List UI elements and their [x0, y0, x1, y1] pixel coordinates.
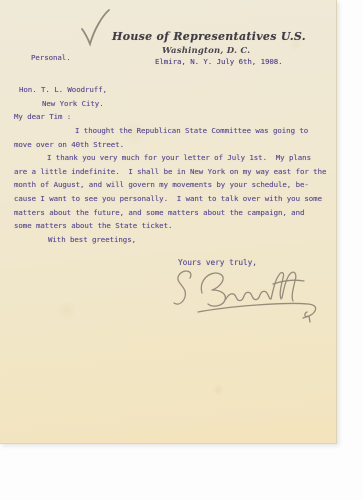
body-line: I thought the Republican State Committee… [14, 124, 334, 138]
body-line: month of August, and will govern my move… [14, 178, 334, 192]
body-line: are a little indefinite. I shall be in N… [14, 165, 334, 179]
body-line: cause I want to see you personally. I wa… [14, 192, 334, 206]
body-line: move over on 40th Street. [14, 138, 334, 152]
body-line: I thank you very much for your letter of… [14, 151, 334, 165]
checkmark-icon [79, 8, 113, 48]
letterhead-title: House of Representatives U.S. [112, 30, 306, 43]
letterhead-place: Washington, D. C. [162, 46, 250, 56]
page-background: { "letterhead": { "org": "House of Repre… [0, 0, 363, 500]
dateline: Elmira, N. Y. July 6th, 1908. [155, 57, 283, 66]
body-line: some matters about the State ticket. [14, 219, 334, 233]
signature [168, 266, 328, 324]
body-line: matters about the future, and some matte… [14, 206, 334, 220]
letter-body: I thought the Republican State Committee… [14, 124, 334, 233]
classification-label: Personal. [31, 53, 71, 62]
closing-line: With best greetings, [48, 235, 136, 244]
letter-paper: House of Representatives U.S. Washington… [0, 0, 337, 444]
recipient-name-line: Hon. T. L. Woodruff, [19, 85, 107, 94]
recipient-city-line: New York City. [42, 99, 104, 108]
salutation: My dear Tim : [14, 112, 71, 121]
